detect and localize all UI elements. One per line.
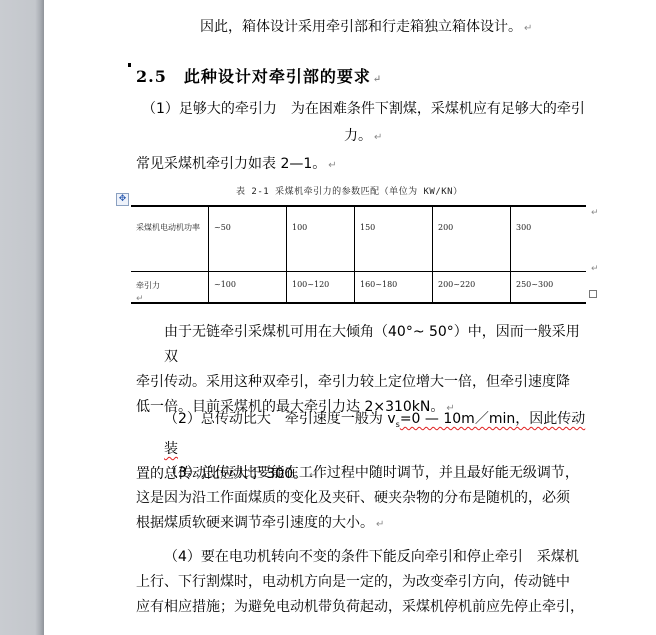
- item1-line2[interactable]: 力。↵: [344, 127, 382, 147]
- row-end-mark-icon: ↵: [591, 264, 599, 274]
- table-cell[interactable]: 150: [355, 206, 433, 272]
- paragraph-4[interactable]: （4）要在电功机转向不变的条件下能反向牵引和停止牵引 采煤机 上行、下行割煤时，…: [136, 545, 586, 620]
- table-resize-handle[interactable]: [589, 290, 597, 298]
- left-gutter: [0, 0, 44, 635]
- table-cell[interactable]: 200~220: [433, 272, 511, 304]
- paragraph-1[interactable]: 由于无链牵引采煤机可用在大倾角（40°~ 50°）中，因而一般采用双 牵引传动。…: [136, 320, 586, 421]
- table-caption: 表 2-1 采煤机牵引力的参数匹配（单位为 KW/KN）: [236, 184, 463, 197]
- row-end-mark-icon: ↵: [591, 208, 599, 218]
- table-cell[interactable]: 100: [287, 206, 355, 272]
- table-cell[interactable]: 采煤机电动机功率: [131, 206, 209, 272]
- paragraph-mark-icon: ↵: [136, 294, 144, 304]
- paragraph-mark-icon: ↵: [524, 23, 532, 34]
- paragraph-mark-icon: ↵: [328, 160, 336, 171]
- table-row: 采煤机电动机功率 ~50 100 150 200 300: [131, 206, 586, 272]
- table-cell[interactable]: 300: [511, 206, 587, 272]
- paragraph-mark-icon: ↵: [374, 132, 382, 143]
- table-cell[interactable]: ~100: [209, 272, 287, 304]
- table-intro[interactable]: 常见采煤机牵引力如表 2—1。↵: [136, 155, 337, 175]
- item1-line1[interactable]: （1）足够大的牵引力 为在困难条件下割煤，采煤机应有足够大的牵引: [142, 100, 585, 118]
- table-row: 牵引力 ~100 100~120 160~180 200~220 250~300: [131, 272, 586, 304]
- table-cell[interactable]: ~50: [209, 206, 287, 272]
- paragraph-mark-icon: ↵: [376, 519, 384, 530]
- document-page[interactable]: [45, 0, 656, 635]
- traction-table[interactable]: 采煤机电动机功率 ~50 100 150 200 300 牵引力 ~100 10…: [131, 205, 586, 304]
- section-heading[interactable]: 2.5 此种设计对牵引部的要求↵: [136, 64, 382, 87]
- table-move-handle-icon[interactable]: ✥: [116, 193, 129, 206]
- table-cell[interactable]: 200: [433, 206, 511, 272]
- table-cell[interactable]: 250~300: [511, 272, 587, 304]
- paragraph-mark-icon: ↵: [373, 74, 382, 85]
- paragraph-3[interactable]: （3）总传动比要能在工作过程中随时调节，并且最好能无级调节， 这是因为沿工作面煤…: [136, 461, 586, 537]
- table-cell[interactable]: 100~120: [287, 272, 355, 304]
- intro-paragraph[interactable]: 因此，箱体设计采用牵引部和行走箱独立箱体设计。↵: [200, 18, 532, 38]
- table-cell[interactable]: 160~180: [355, 272, 433, 304]
- heading-bullet-mark: [128, 63, 131, 67]
